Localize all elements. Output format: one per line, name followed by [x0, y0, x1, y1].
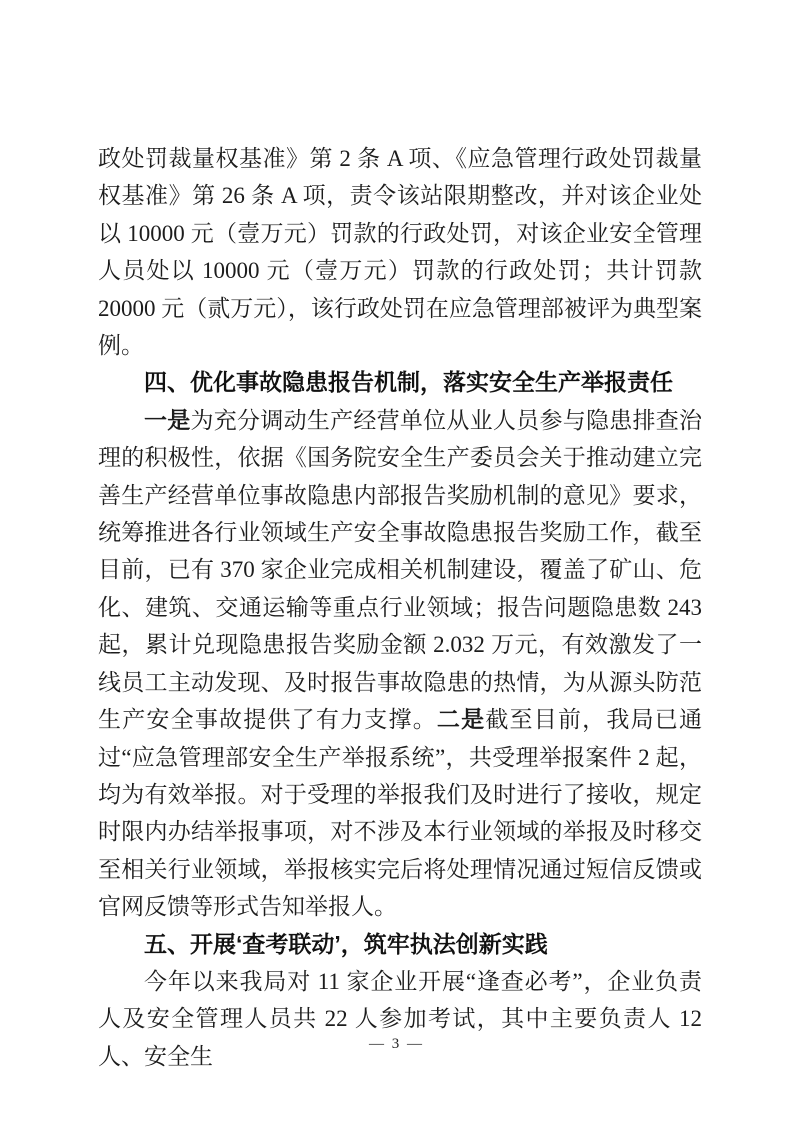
document-page: 政处罚裁量权基准》第 2 条 A 项、《应急管理行政处罚裁量权基准》第 26 条…	[0, 0, 793, 1122]
paragraph-section-4: 一是为充分调动生产经营单位从业人员参与隐患排查治理的积极性，依据《国务院安全生产…	[98, 402, 702, 926]
document-text-block: 政处罚裁量权基准》第 2 条 A 项、《应急管理行政处罚裁量权基准》第 26 条…	[98, 140, 702, 1075]
point-2-text: 截至目前，我局已通过“应急管理部安全生产举报系统”，共受理举报案件 2 起，均为…	[98, 707, 702, 919]
page-number: — 3 —	[0, 1034, 793, 1054]
point-1-text: 为充分调动生产经营单位从业人员参与隐患排查治理的积极性，依据《国务院安全生产委员…	[98, 408, 702, 732]
section-4-heading: 四、优化事故隐患报告机制，落实安全生产举报责任	[98, 364, 702, 401]
paragraph-penalty-continuation: 政处罚裁量权基准》第 2 条 A 项、《应急管理行政处罚裁量权基准》第 26 条…	[98, 140, 702, 364]
paragraph-section-5: 今年以来我局对 11 家企业开展“逢查必考”，企业负责人及安全管理人员共 22 …	[98, 963, 702, 1075]
point-2-label: 二是	[437, 707, 485, 732]
section-5-heading: 五、开展‘查考联动’，筑牢执法创新实践	[98, 926, 702, 963]
point-1-label: 一是	[144, 408, 191, 433]
